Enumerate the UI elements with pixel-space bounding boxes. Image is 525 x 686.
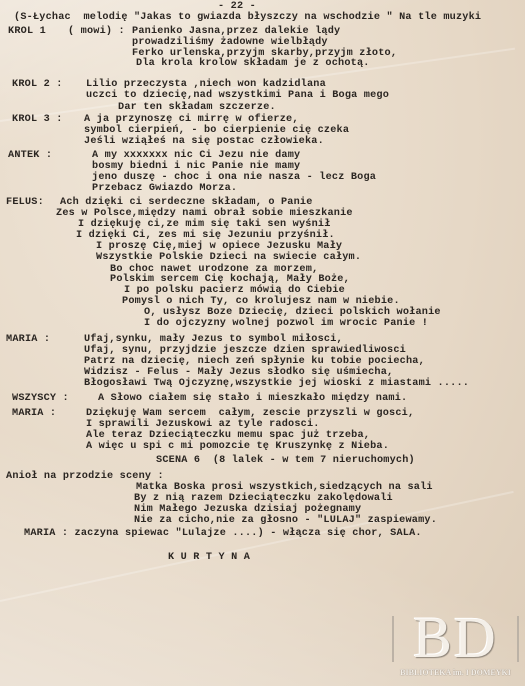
library-watermark: BD BIBLIOTEKA im. I DOMEYKI: [388, 610, 523, 680]
speaker-label: KROL 3 :: [12, 114, 63, 125]
dialogue-line: uczci to dziecię,nad wszystkimi Pana i B…: [86, 90, 389, 101]
speaker-label: MARIA :: [12, 408, 56, 419]
dialogue-line: I sprawili Jezuskowi az tyle radosci.: [86, 419, 320, 430]
dialogue-line: Dla krola krolow składam je z ochotą.: [136, 58, 370, 69]
stage-direction: Anioł na przodzie sceny :: [6, 471, 164, 482]
dialogue-line: A my xxxxxxx nic Ci Jezu nie damy: [92, 150, 300, 161]
dialogue-line: I dziękuję ci,ze mim się taki sen wyśnił: [78, 219, 331, 230]
speaker-label: KROL 2 :: [12, 79, 63, 90]
dialogue-line: Przebacz Gwiazdo Morza.: [92, 183, 237, 194]
dialogue-line: Nim Małego Jezuska dzisiaj pożegnamy: [134, 504, 361, 515]
dialogue-line: Zes w Polsce,między nami obrał sobie mie…: [56, 208, 353, 219]
dialogue-line: Ufaj, synu, przyjdzie jeszcze dzien spra…: [84, 345, 406, 356]
dialogue-line: jeno duszę - choc i ona nie nasza - lecz…: [92, 172, 376, 183]
dialogue-line: A Słowo ciałem się stało i mieszkało mię…: [98, 393, 407, 404]
dialogue-line: I po polsku pacierz mówią do Ciebie: [124, 285, 345, 296]
dialogue-line: Patrz na dziecię, niech zeń spłynie ku t…: [84, 356, 425, 367]
scene-heading: SCENA 6 (8 lalek - w tem 7 nieruchomych): [156, 455, 415, 466]
dialogue-line: prowadziliśmy żadowne wielbłądy: [132, 37, 328, 48]
dialogue-line: Widzisz - Felus - Mały Jezus słodko się …: [84, 367, 393, 378]
speaker-label: MARIA :: [6, 334, 50, 345]
dialogue-line: Dar ten składam szczerze.: [118, 102, 276, 113]
watermark-caption: BIBLIOTEKA im. I DOMEYKI: [388, 668, 523, 677]
dialogue-line: Ufaj,synku, mały Jezus to symbol miłosci…: [84, 334, 343, 345]
dialogue-line: Błogosławi Twą Ojczyznę,wszystkie jej wi…: [84, 378, 469, 389]
speaker-label: WSZYSCY :: [12, 393, 69, 404]
dialogue-line: bosmy biedni i nic Panie nie mamy: [92, 161, 300, 172]
speaker-label: KROL 1: [8, 26, 46, 37]
speaker-label: FELUS:: [6, 197, 44, 208]
dialogue-line: Lilio przeczysta ,niech won kadzidlana: [86, 79, 326, 90]
dialogue-line: Polskim sercem Cię kochają, Mały Boże,: [110, 274, 350, 285]
dialogue-line: Panienko Jasna,przez dalekie lądy: [132, 26, 340, 37]
stage-direction: (S-Łychac melodię "Jakas to gwiazda błys…: [14, 12, 481, 23]
dialogue-line: Wszystkie Polskie Dzieci na swiecie cały…: [96, 252, 361, 263]
dialogue-line: symbol cierpień, - bo cierpienie cię cze…: [84, 125, 349, 136]
dialogue-line: Matka Boska prosi wszystkich,siedzących …: [136, 482, 433, 493]
curtain-line: K U R T Y N A: [168, 552, 250, 563]
dialogue-line: Dziękuję Wam sercem całym, zescie przysz…: [86, 408, 414, 419]
dialogue-line: Jeśli wziąłeś na się postac człowieka.: [84, 136, 324, 147]
dialogue-line: A więc u spi c mi pomozcie tę Kruszynkę …: [86, 441, 389, 452]
dialogue-line: Nie za cicho,nie za głosno - "LULAJ" zas…: [134, 515, 437, 526]
dialogue-line: I proszę Cię,miej w opiece Jezusku Mały: [96, 241, 342, 252]
dialogue-line: O, usłysz Boze Dziecię, dzieci polskich …: [144, 307, 441, 318]
dialogue-line: By z nią razem Dzieciąteczku zakolędowal…: [134, 493, 393, 504]
page-number: - 22 -: [218, 1, 256, 12]
dialogue-line: I do ojczyzny wolnej pozwol im wrocic Pa…: [144, 318, 428, 329]
dialogue-line: Ale teraz Dzieciąteczku memu spac już tr…: [86, 430, 370, 441]
watermark-letters: BD: [388, 604, 523, 671]
dialogue-line: A ja przynoszę ci mirrę w ofierze,: [84, 114, 299, 125]
dialogue-line: Pomysl o nich Ty, co krolujesz nam w nie…: [122, 296, 400, 307]
dialogue-line: I dzięki Ci, zes mi się Jezuniu przyśnił…: [76, 230, 335, 241]
stage-direction: MARIA : zaczyna spiewac "Lulajze ....) -…: [24, 528, 422, 539]
dialogue-line: Ach dzięki ci serdeczne składam, o Panie: [60, 197, 313, 208]
stage-direction: ( mowi) :: [68, 26, 125, 37]
speaker-label: ANTEK :: [8, 150, 52, 161]
watermark-bar-right: [517, 616, 519, 662]
